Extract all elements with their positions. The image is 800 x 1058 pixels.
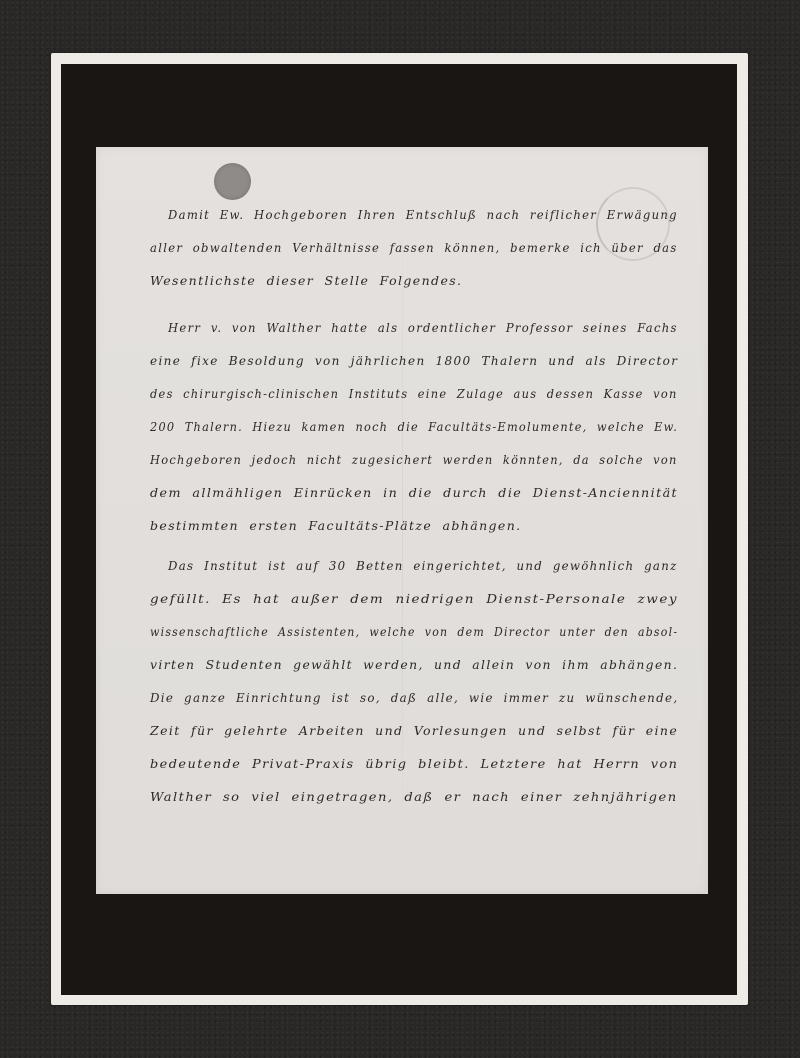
text-line: Das Institut ist auf 30 Betten eingerich… <box>168 558 678 573</box>
text-line: dem allmähligen Einrücken in die durch d… <box>150 485 678 500</box>
text-line: bedeutende Privat-Praxis übrig bleibt. L… <box>150 756 678 771</box>
photo-dark-border: Damit Ew. Hochgeboren Ihren Entschluß na… <box>61 64 737 995</box>
text-line: wissenschaftliche Assistenten, welche vo… <box>150 624 678 639</box>
text-line: bestimmten ersten Facultäts-Plätze abhän… <box>150 518 522 533</box>
text-line: aller obwaltenden Verhältnisse fassen kö… <box>150 240 678 255</box>
text-line: Hochgeboren jedoch nicht zugesichert wer… <box>150 452 678 467</box>
text-line: 200 Thalern. Hiezu kamen noch die Facult… <box>150 419 678 434</box>
text-line: Damit Ew. Hochgeboren Ihren Entschluß na… <box>168 207 678 222</box>
text-line: gefüllt. Es hat außer dem niedrigen Dien… <box>150 591 678 606</box>
text-line: Herr v. von Walther hatte als ordentlich… <box>168 320 678 335</box>
photo-mount: Damit Ew. Hochgeboren Ihren Entschluß na… <box>51 53 748 1005</box>
text-line: Die ganze Einrichtung ist so, daß alle, … <box>150 690 678 705</box>
punch-hole <box>214 163 251 200</box>
manuscript-page: Damit Ew. Hochgeboren Ihren Entschluß na… <box>96 147 708 894</box>
text-line: virten Studenten gewählt werden, und all… <box>150 657 678 672</box>
text-line: des chirurgisch-clinischen Instituts ein… <box>150 386 678 401</box>
text-line: Wesentlichste dieser Stelle Folgendes. <box>150 273 462 288</box>
text-line: Zeit für gelehrte Arbeiten und Vorlesung… <box>150 723 678 738</box>
text-line: eine fixe Besoldung von jährlichen 1800 … <box>150 353 678 368</box>
text-line: Walther so viel eingetragen, daß er nach… <box>150 789 678 804</box>
